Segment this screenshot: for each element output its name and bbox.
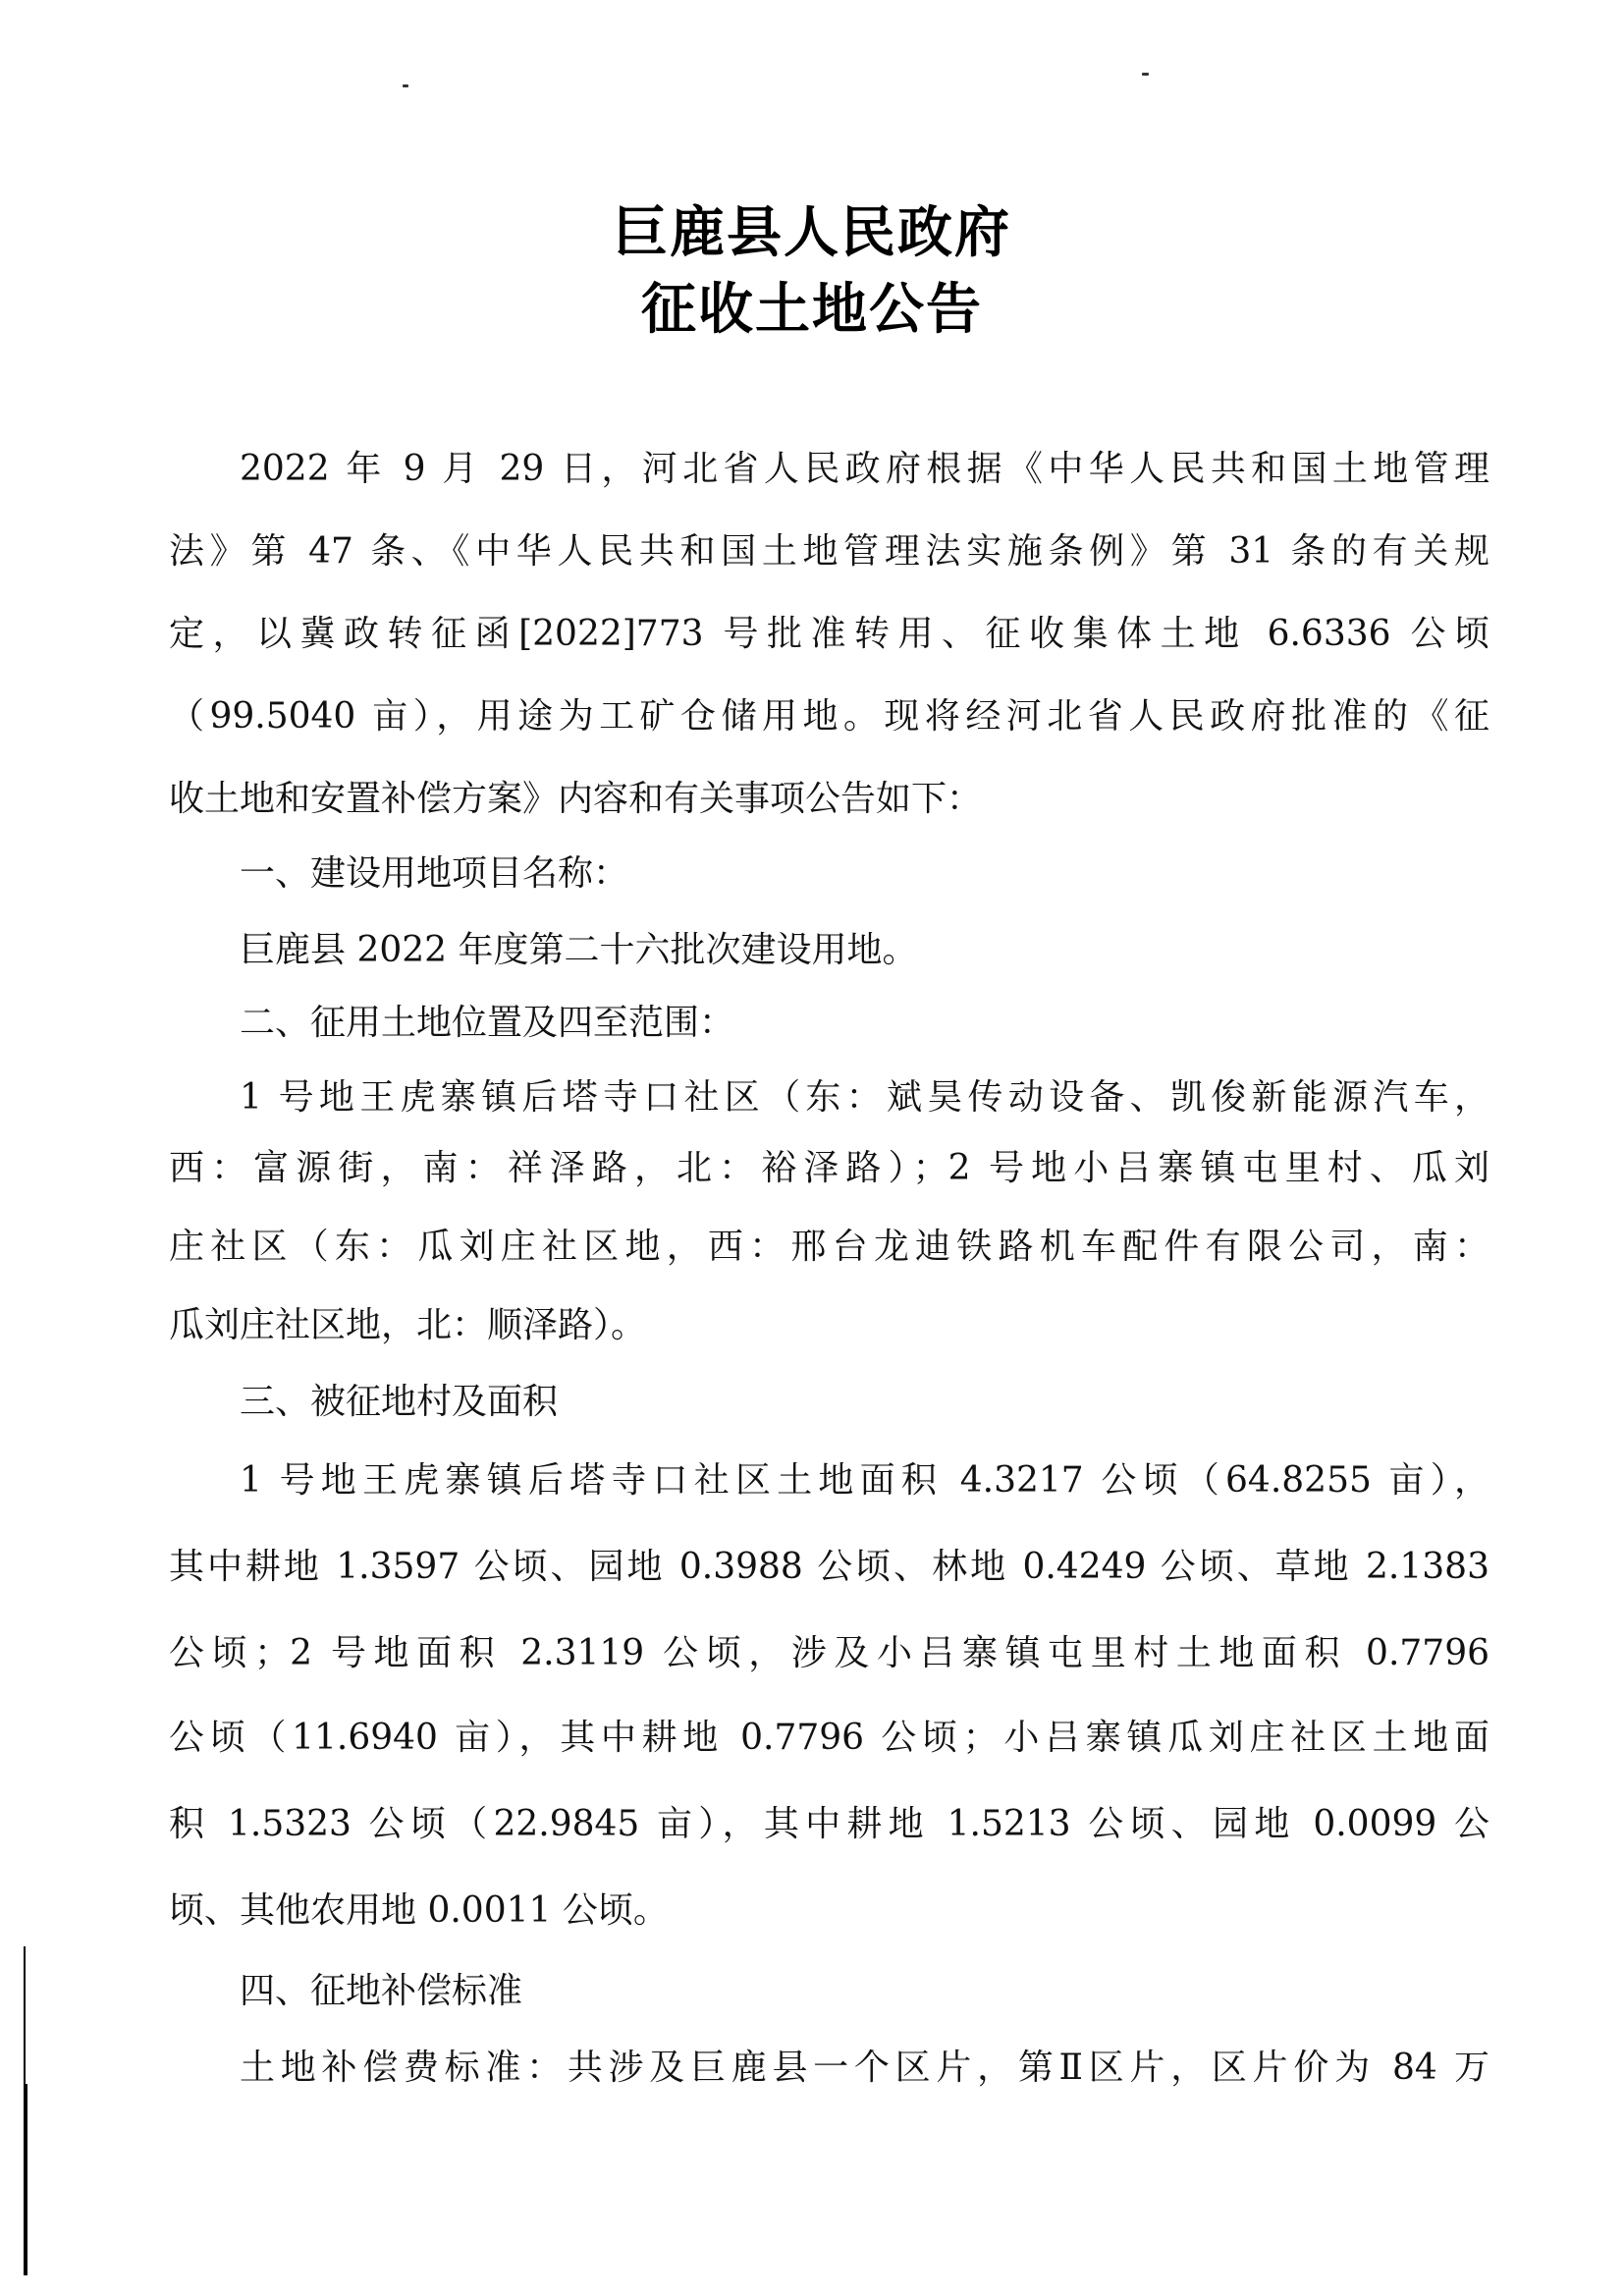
paragraph-line: 顷、其他农用地 0.0011 公顷。 xyxy=(169,1893,1489,1929)
paragraph-line: 庄社区（东：瓜刘庄社区地，西：邢台龙迪铁路机车配件有限公司，南： xyxy=(169,1230,1489,1265)
paragraph-line: 1 号地王虎寨镇后塔寺口社区土地面积 4.3217 公顷（64.8255 亩）， xyxy=(240,1463,1489,1499)
document-page: 巨鹿县人民政府 征收土地公告 2022 年 9 月 29 日，河北省人民政府根据… xyxy=(0,0,1624,2296)
paragraph-line: 土地补偿费标准：共涉及巨鹿县一个区片，第Ⅱ区片，区片价为 84 万 xyxy=(240,2050,1489,2086)
paragraph-line: 1 号地王虎寨镇后塔寺口社区（东：斌昊传动设备、凯俊新能源汽车， xyxy=(240,1080,1489,1116)
scan-speck xyxy=(1142,73,1149,76)
scan-speck xyxy=(403,84,408,87)
paragraph-line: 公顷；2 号地面积 2.3119 公顷，涉及小吕寨镇屯里村土地面积 0.7796 xyxy=(169,1636,1489,1671)
paragraph-line: （99.5040 亩），用途为工矿仓储用地。现将经河北省人民政府批准的《征 xyxy=(169,699,1489,735)
paragraph-line: 公顷（11.6940 亩），其中耕地 0.7796 公顷；小吕寨镇瓜刘庄社区土地… xyxy=(169,1721,1489,1756)
paragraph-line: 2022 年 9 月 29 日，河北省人民政府根据《中华人民共和国土地管理 xyxy=(240,452,1489,487)
section-heading-2: 二、征用土地位置及四至范围： xyxy=(240,1006,1489,1041)
title-line-2: 征收土地公告 xyxy=(0,283,1624,338)
paragraph-line: 收土地和安置补偿方案》内容和有关事项公告如下： xyxy=(169,782,1489,817)
paragraph-line: 法》第 47 条、《中华人民共和国土地管理法实施条例》第 31 条的有关规 xyxy=(169,534,1489,570)
paragraph-line: 瓜刘庄社区地，北：顺泽路）。 xyxy=(169,1308,1489,1343)
section-heading-4: 四、征地补偿标准 xyxy=(240,1974,1489,2009)
scan-edge-line xyxy=(24,1946,26,2084)
section-heading-1: 一、建设用地项目名称： xyxy=(240,856,1489,892)
paragraph-line: 西：富源街，南：祥泽路，北：裕泽路）；2 号地小吕寨镇屯里村、瓜刘 xyxy=(169,1151,1489,1186)
paragraph-line: 其中耕地 1.3597 公顷、园地 0.3988 公顷、林地 0.4249 公顷… xyxy=(169,1550,1489,1585)
scan-edge-line xyxy=(24,2084,27,2275)
paragraph-line: 积 1.5323 公顷（22.9845 亩），其中耕地 1.5213 公顷、园地… xyxy=(169,1807,1489,1842)
paragraph-line: 定，以冀政转征函[2022]773 号批准转用、征收集体土地 6.6336 公顷 xyxy=(169,617,1489,652)
section-heading-3: 三、被征地村及面积 xyxy=(240,1385,1489,1420)
title-line-1: 巨鹿县人民政府 xyxy=(0,206,1624,261)
project-name: 巨鹿县 2022 年度第二十六批次建设用地。 xyxy=(240,933,1489,968)
